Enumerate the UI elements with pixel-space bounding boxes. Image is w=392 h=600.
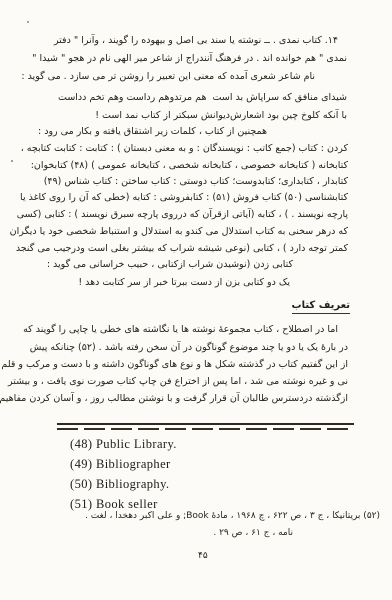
- text-line: پارچه نویسند . ) ، کتابه (آیاتی ازقرآن ک…: [17, 207, 348, 222]
- footnote-en: (49) Bibliographer: [70, 457, 171, 472]
- poem-line: شیدای منافق که سراپاش بد است هم مرتدوهم …: [58, 90, 347, 105]
- paper-speck: [11, 160, 13, 162]
- text-line: ازگذشته دردسترس طالبان آن قرار گرفت و با…: [0, 391, 348, 406]
- poem-hemistich-right: یک دو کتابی بزن از دست ببر: [177, 275, 290, 290]
- footnote-fa: (۵۲) بریتانیکا ، ج ۳ ، ص ۶۲۲ ، چ ۱۹۶۸ ، …: [85, 510, 380, 523]
- text-line: کتابشناسی (۵۰) کتاب فروش (۵۱) : کتابفروش…: [20, 190, 348, 205]
- poem-line: با آنکه کلوخ چین بود اشعارش دیوانش سبکتر…: [108, 108, 347, 123]
- text-line: کمتر توجه دارد ) ، کتابی (نوعی شیشه شراب…: [16, 241, 348, 256]
- text-line: از این گفتیم کتاب در گذشته شکل ها و نوع …: [1, 357, 348, 372]
- text-line: نی و غیره نوشته می شد ، اما پس از اختراع…: [8, 374, 348, 389]
- text-line: کتابخانه ( کتابخانه خصوصی ، کتابخانه شخص…: [31, 158, 348, 173]
- poem-hemistich-right: با آنکه کلوخ چین بود اشعارش: [230, 108, 347, 123]
- footnote-fa: نامه ، ج ۶۱ ، ص ۲۹ .: [213, 527, 293, 540]
- text-line: کردن : کتاب (جمع کاتب : نویسندگان : و به…: [21, 141, 348, 156]
- poem-hemistich-right: شیدای منافق که سراپاش بد است: [213, 90, 347, 105]
- text-line: ۱۴. کتاب نمدی . ــ نوشته یا سند بی اصل و…: [54, 33, 338, 48]
- text-line: نام شاعر شعری آمده که معنی این تعبیر را …: [21, 69, 315, 84]
- poem-line: یک دو کتابی بزن از دست ببر تا خبر از سر …: [90, 275, 290, 290]
- section-heading: تعریف کتاب: [292, 300, 350, 314]
- text-line: که درهر سخنی به کتاب استدلال می کندو به …: [10, 224, 348, 239]
- footnote-en: (48) Public Library.: [70, 437, 177, 452]
- footnote-en: (50) Bibliography.: [70, 477, 169, 492]
- poem-hemistich-left: تا خبر از سر کتابت دهد !: [78, 275, 176, 290]
- text-line: اما در اصطلاح ، کتاب مجموعهٔ نوشته ها یا…: [23, 322, 338, 337]
- footnote-separator-dashed: [57, 428, 354, 430]
- text-line: کتابدار ، کتابداری؛ کتابدوست؛ کتاب دوستی…: [44, 174, 348, 189]
- page-number: ۴۵: [198, 551, 208, 561]
- footnote-separator-solid: [57, 423, 354, 425]
- text-line: در بارهٔ یک یا دو یا چند موضوع گوناگون د…: [30, 340, 348, 355]
- poem-hemistich-left: دیوانش سبکتر از کتاب نمد است !: [95, 108, 230, 123]
- book-page: ۱۴. کتاب نمدی . ــ نوشته یا سند بی اصل و…: [0, 0, 392, 600]
- poem-hemistich-left: هم مرتدوهم رداست وهم تخم دداست: [58, 90, 206, 105]
- text-line: همچنین از کتاب ، کلمات زیر اشتقاق یافته …: [38, 124, 267, 139]
- paper-speck: [27, 21, 29, 23]
- text-line: نمدی " هم خوانده اند . در فرهنگ آنندراج …: [32, 51, 347, 66]
- text-line: کتابی زدن (نوشیدن شراب ازکتابی ، حبیب خر…: [47, 257, 293, 272]
